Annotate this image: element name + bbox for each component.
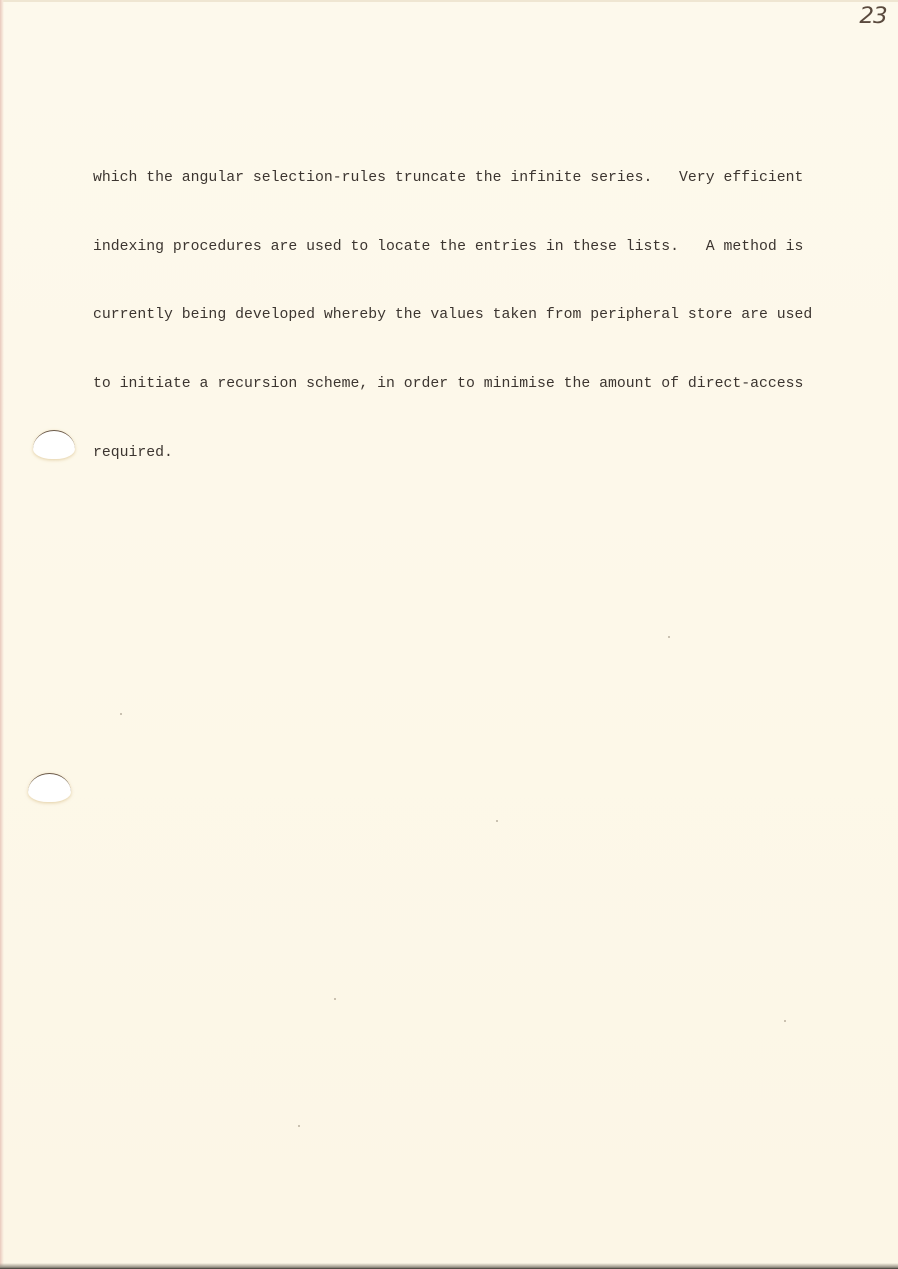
body-paragraph: which the angular selection-rules trunca… — [93, 134, 883, 509]
paper-speck — [120, 713, 122, 715]
paper-speck — [334, 998, 336, 1000]
punch-hole-icon — [33, 430, 75, 459]
text-line: required. — [93, 441, 883, 478]
text-line: indexing procedures are used to locate t… — [93, 235, 883, 272]
text-line: to initiate a recursion scheme, in order… — [93, 372, 883, 409]
page-bottom-edge — [0, 1263, 898, 1269]
text-line: currently being developed whereby the va… — [93, 303, 883, 340]
page-left-edge — [0, 0, 4, 1269]
document-page: 23 which the angular selection-rules tru… — [0, 0, 898, 1269]
paper-speck — [298, 1125, 300, 1127]
page-top-edge — [0, 0, 898, 2]
text-line: which the angular selection-rules trunca… — [93, 166, 883, 203]
paper-speck — [496, 820, 498, 822]
punch-hole-icon — [28, 773, 71, 802]
paper-speck — [784, 1020, 786, 1022]
page-number: 23 — [859, 4, 886, 29]
paper-speck — [668, 636, 670, 638]
